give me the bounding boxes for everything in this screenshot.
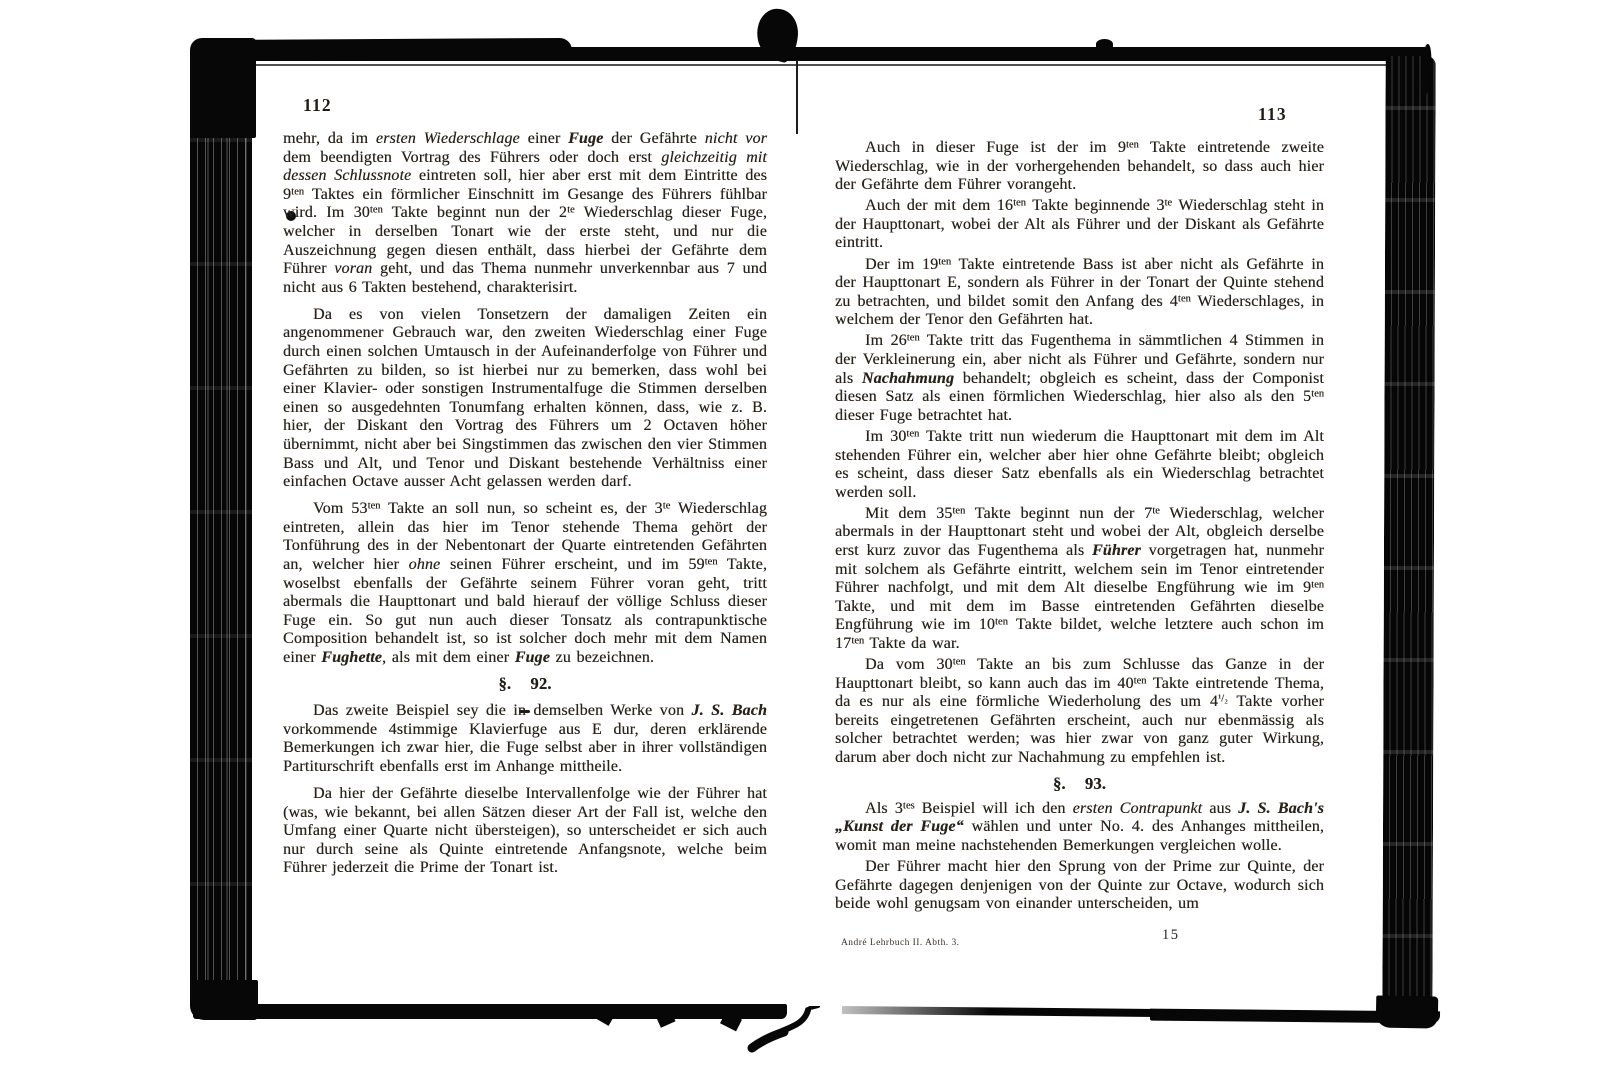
paragraph: Da vom 30ten Takte an bis zum Schlusse d… bbox=[835, 656, 1324, 768]
paragraph: mehr, da im ersten Wiederschlage einer F… bbox=[283, 130, 767, 297]
footer-imprint: André Lehrbuch II. Abth. 3. bbox=[841, 938, 959, 948]
paragraph: Der Führer macht hier den Sprung von der… bbox=[835, 858, 1324, 914]
scan-edge-left-pages bbox=[190, 44, 252, 1006]
paragraph: Der im 19ten Takte eintretende Bass ist … bbox=[835, 256, 1324, 330]
scan-edge-bottom-left bbox=[193, 1004, 787, 1019]
section-heading: §. 93. bbox=[835, 775, 1324, 794]
book-scan-spread: 112 mehr, da im ersten Wiederschlage ein… bbox=[0, 0, 1600, 1078]
section-heading: §. 92. bbox=[283, 675, 767, 694]
paragraph: Das zweite Beispiel sey die in demselben… bbox=[283, 702, 767, 776]
scan-artifact-squiggle bbox=[738, 1006, 824, 1056]
spine-crease-line bbox=[796, 60, 798, 134]
paragraph: Mit dem 35ten Takte beginnt nun der 7te … bbox=[835, 505, 1324, 654]
paragraph: Im 26ten Takte tritt das Fugenthema in s… bbox=[835, 332, 1324, 425]
sheet-signature: 15 bbox=[1162, 927, 1180, 944]
page-number-left: 112 bbox=[303, 95, 332, 116]
scan-edge-right-pages bbox=[1382, 56, 1435, 1026]
paragraph: Da es von vielen Tonsetzern der damalige… bbox=[283, 306, 767, 492]
left-page-text: mehr, da im ersten Wiederschlage einer F… bbox=[283, 130, 767, 878]
right-page-text: Auch in dieser Fuge ist der im 9ten Takt… bbox=[835, 139, 1324, 914]
paragraph: Auch der mit dem 16ten Takte beginnende … bbox=[835, 197, 1324, 253]
paragraph: Im 30ten Takte tritt nun wiederum die Ha… bbox=[835, 428, 1324, 502]
scan-edge-top-line bbox=[212, 64, 1388, 66]
scan-corner-top-left bbox=[190, 38, 256, 138]
paragraph: Vom 53ten Takte an soll nun, so scheint … bbox=[283, 500, 767, 667]
scan-edge-bottom-right-thick bbox=[1150, 1009, 1440, 1024]
paragraph: Als 3tes Beispiel will ich den ersten Co… bbox=[835, 800, 1324, 856]
paragraph: Da hier der Gefährte dieselbe Intervalle… bbox=[283, 785, 767, 878]
paragraph: Auch in dieser Fuge ist der im 9ten Takt… bbox=[835, 139, 1324, 195]
page-number-right: 113 bbox=[1258, 104, 1287, 125]
scan-edge-top-nub bbox=[1096, 39, 1113, 49]
